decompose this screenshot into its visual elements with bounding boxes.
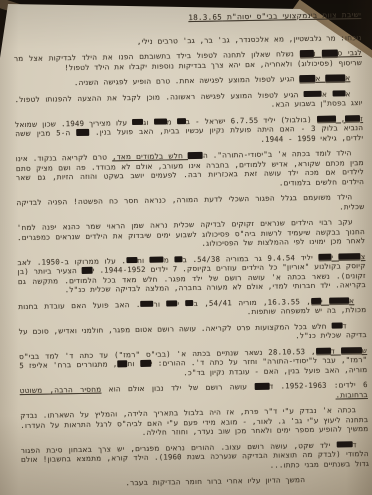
redaction-box bbox=[141, 300, 154, 307]
text-run: עושה רושם של ילד נבון אולם הוא bbox=[101, 382, 254, 394]
six-children-paragraph: 6 ילדים: 1952-1963. ד עושה רושם של ילד נ… bbox=[20, 380, 368, 405]
underlined-text-run: , bbox=[336, 114, 346, 123]
text-run: ד bbox=[352, 440, 356, 449]
redaction-box bbox=[329, 297, 349, 304]
redaction-box bbox=[82, 267, 93, 274]
redaction-box bbox=[317, 115, 336, 122]
redaction-box bbox=[345, 115, 360, 122]
redaction-box bbox=[299, 75, 315, 82]
text-run: א bbox=[345, 89, 350, 98]
redaction-box bbox=[150, 256, 164, 263]
redaction-box bbox=[166, 300, 177, 307]
grocery-case-paragraph: א י, 16.3.55, מוריה 54/41, ב י ור. האב פ… bbox=[18, 296, 366, 321]
kiosk-case-paragraph: צ י יליד 9.4.54 גר במוריה 54/38. ב מ וח.… bbox=[17, 252, 366, 296]
bulbul-case-paragraph: ז, (בולבול) יליד 6.7.55 ישראל - ב מ וג ע… bbox=[15, 114, 363, 149]
text-run: חלש בכל המקצועות פרט לקריאה. עושה רושם א… bbox=[19, 321, 367, 340]
redaction-box bbox=[316, 347, 331, 354]
underlined-text-run: א bbox=[345, 73, 350, 82]
redaction-box bbox=[311, 297, 321, 304]
text-run: ור bbox=[153, 299, 166, 308]
redaction-box bbox=[154, 118, 167, 125]
underlined-text-run: ו bbox=[314, 49, 322, 58]
text-run: ילד שקט, עושה רושם עצוב. ההורים נראים מפ… bbox=[21, 440, 369, 469]
redaction-box bbox=[332, 90, 345, 97]
underlined-text-run: י bbox=[331, 252, 339, 261]
redaction-box bbox=[339, 253, 361, 260]
text-run: הילד משועמם בגלל הפגור השכלי לדעת המורה,… bbox=[16, 192, 364, 211]
underlined-text-run: צ bbox=[361, 252, 366, 261]
redaction-box bbox=[321, 50, 337, 57]
quiet-child-paragraph: ד ילד שקט, עושה רושם עצוב. ההורים נראים … bbox=[21, 439, 369, 474]
text-run: מ bbox=[164, 255, 175, 264]
underlined-text-run: לגבי ס bbox=[337, 48, 362, 57]
text-run: וח bbox=[137, 255, 150, 264]
redaction-box bbox=[76, 129, 89, 136]
document-title-row: ישיבת צוות בינמקצועי בבי"ס יסוה"ת 18.3.6… bbox=[13, 10, 361, 26]
underlined-text-run: ש bbox=[362, 346, 368, 355]
redaction-box bbox=[331, 322, 342, 329]
text-run: וח bbox=[127, 359, 139, 368]
redaction-box bbox=[177, 118, 186, 125]
first-meeting-paragraph: א א הגיע לטפול המוצע לפגישה אחת. טרם הופ… bbox=[14, 73, 362, 89]
redaction-box bbox=[304, 90, 322, 97]
redaction-box bbox=[318, 253, 331, 260]
photo-of-document: ישיבת צוות בינמקצועי בבי"ס יסוה"ת 18.3.6… bbox=[0, 0, 372, 495]
redaction-box bbox=[188, 152, 203, 159]
school-status-paragraph: הילד לומד בכתה א' ב"יסודי-התורה". ה חלש … bbox=[16, 148, 365, 192]
text-run: ד bbox=[342, 321, 346, 330]
document-title: ישיבת צוות בינמקצועי בבי"ס יסוה"ת 18.3.6… bbox=[186, 10, 361, 23]
typewritten-text-block: ישיבת צוות בינמקצועי בבי"ס יסוה"ת 18.3.6… bbox=[4, 3, 372, 495]
past-checks-paragraph: בכתה א' נבדק ע"י ד"ר פרת, אז היה בלבול ב… bbox=[20, 405, 368, 440]
text-run: עקב רבוי הילדים שנראים זקוקים לבדיקה שכל… bbox=[17, 217, 365, 248]
attendees-line: נוכחו: מר גלבשטיין, מא אלכסנדר, גב' בר, … bbox=[14, 33, 362, 49]
redaction-box bbox=[175, 256, 183, 263]
redaction-box bbox=[140, 360, 151, 367]
text-run: בכתה א' נבדק ע"י ד"ר פרת, אז היה בלבול ב… bbox=[20, 405, 368, 437]
questionnaire-paragraph: לגבי ס ו נשלח שאלון לתחנה לטפול בילד בתש… bbox=[14, 48, 362, 73]
text-run: הגיע לטפול המוצע לפגישה אחת. טרם הופיע ל… bbox=[74, 74, 300, 87]
ramez-case-paragraph: ש ד, 28.10.53 נשאר שנתיים בכתה א' (בבי"ס… bbox=[19, 346, 367, 381]
redaction-box bbox=[300, 50, 314, 57]
text-run: נוכחו: מר גלבשטיין, מא אלכסנדר, גב' בר, … bbox=[137, 33, 362, 46]
redaction-box bbox=[117, 360, 127, 367]
weak-subjects-paragraph: ד חלש בכל המקצועות פרט לקריאה. עושה רושם… bbox=[19, 321, 367, 346]
psychologist-request-paragraph: עקב רבוי הילדים שנראים זקוקים לבדיקה שכל… bbox=[17, 217, 365, 252]
redaction-box bbox=[336, 441, 352, 448]
text-run: מ bbox=[167, 117, 177, 126]
underlined-text-run: י bbox=[321, 296, 329, 305]
text-run: א bbox=[322, 89, 333, 98]
text-run: וג bbox=[143, 117, 154, 126]
redaction-box bbox=[254, 383, 269, 390]
underlined-text-run: ד bbox=[331, 346, 341, 355]
underlined-text-run: א bbox=[349, 296, 354, 305]
second-case-paragraph: א א הגיע לטפול המוצע לפגישה ראשונה. מוכן… bbox=[15, 89, 363, 114]
paragraphs: נוכחו: מר גלבשטיין, מא אלכסנדר, גב' בר, … bbox=[14, 33, 370, 490]
underlined-text-run: ז bbox=[360, 114, 363, 123]
redaction-box bbox=[126, 257, 137, 264]
text-run: י bbox=[177, 299, 185, 308]
teacher-opinion-paragraph: הילד משועמם בגלל הפגור השכלי לדעת המורה,… bbox=[16, 192, 364, 217]
redaction-box bbox=[132, 118, 143, 125]
closing-line: המשך הדיון עליו אחרי ברור חומר הבדיקות ב… bbox=[21, 474, 369, 490]
text-run: המשך הדיון עליו אחרי ברור חומר הבדיקות ב… bbox=[125, 475, 305, 487]
redaction-box bbox=[341, 347, 362, 354]
redaction-box bbox=[325, 74, 345, 81]
underlined-text-run: א bbox=[315, 74, 325, 83]
